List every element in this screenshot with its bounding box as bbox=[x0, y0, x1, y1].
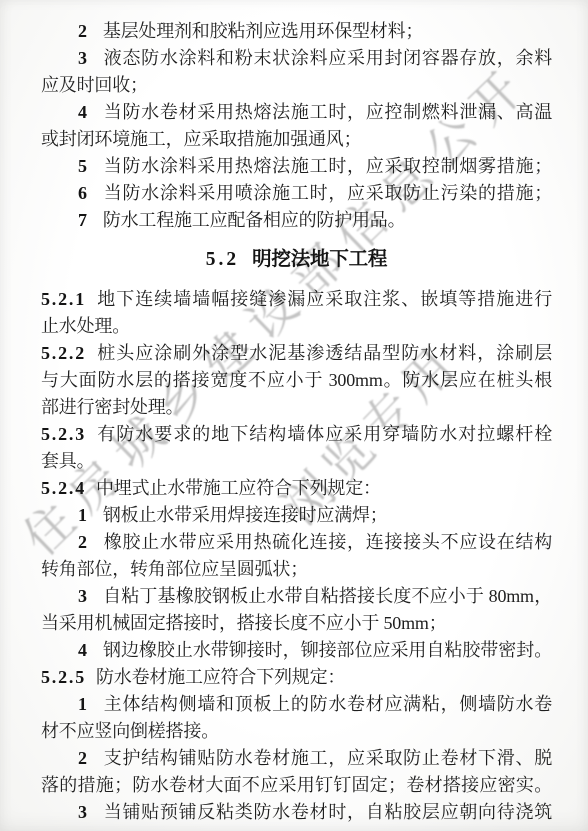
text-line: 与大面防水层的搭接宽度不应小于 300mm。防水层应在桩头根 bbox=[41, 367, 552, 394]
item-number: 3 bbox=[78, 586, 87, 606]
item-number: 1 bbox=[78, 505, 87, 525]
item-number: 6 bbox=[78, 183, 87, 203]
line-text: 基层处理剂和胶粘剂应选用环保型材料； bbox=[103, 21, 423, 41]
text-line: 1钢板止水带采用焊接连接时应满焊； bbox=[41, 502, 552, 529]
text-line: 2橡胶止水带应采用热硫化连接，连接接头不应设在结构 bbox=[41, 529, 552, 556]
section-heading: 5.2明挖法地下工程 bbox=[41, 246, 552, 273]
item-number: 2 bbox=[78, 748, 87, 768]
line-text: 桩头应涂刷外涂型水泥基渗透结晶型防水材料，涂刷层 bbox=[96, 343, 552, 363]
scanned-document-page: 住房城乡建设部信息公开 浏览专用 2基层处理剂和胶粘剂应选用环保型材料；3液态防… bbox=[0, 0, 588, 831]
line-text: 支护结构铺贴防水卷材施工，应采取防止卷材下滑、脱 bbox=[103, 748, 552, 768]
text-line: 止水处理。 bbox=[41, 313, 552, 340]
line-text: 自粘丁基橡胶钢板止水带自粘搭接长度不应小于 80mm， bbox=[103, 586, 552, 606]
section-heading-title: 明挖法地下工程 bbox=[252, 249, 387, 270]
line-text: 防水工程施工应配备相应的防护用品。 bbox=[103, 210, 406, 230]
line-text: 中埋式止水带施工应符合下列规定： bbox=[96, 478, 381, 498]
line-text: 与大面防水层的搭接宽度不应小于 300mm。防水层应在桩头根 bbox=[41, 370, 552, 390]
line-text: 当防水涂料采用喷涂施工时，应采取防止污染的措施； bbox=[103, 183, 552, 203]
clause-number: 5.2.5 bbox=[41, 667, 86, 687]
line-text: 部进行密封处理。 bbox=[41, 397, 183, 417]
text-line: 部进行密封处理。 bbox=[41, 394, 552, 421]
line-text: 转角部位，转角部位应呈圆弧状； bbox=[41, 559, 308, 579]
line-text: 主体结构侧墙和顶板上的防水卷材应满粘，侧墙防水卷 bbox=[103, 694, 552, 714]
line-text: 当采用机械固定搭接时，搭接长度不应小于 50mm； bbox=[41, 613, 447, 633]
text-line: 3自粘丁基橡胶钢板止水带自粘搭接长度不应小于 80mm， bbox=[41, 583, 552, 610]
text-line: 5.2.2桩头应涂刷外涂型水泥基渗透结晶型防水材料，涂刷层 bbox=[41, 340, 552, 367]
line-text: 当防水涂料采用热熔法施工时，应采取控制烟雾措施； bbox=[103, 156, 552, 176]
item-number: 4 bbox=[78, 102, 87, 122]
text-line: 落的措施；防水卷材大面不应采用钉钉固定；卷材搭接应密实。 bbox=[41, 772, 552, 799]
item-number: 4 bbox=[78, 640, 87, 660]
text-line: 4当防水卷材采用热熔法施工时，应控制燃料泄漏、高温 bbox=[41, 99, 552, 126]
document-body: 2基层处理剂和胶粘剂应选用环保型材料；3液态防水涂料和粉末状涂料应采用封闭容器存… bbox=[41, 18, 552, 826]
text-line: 5.2.3有防水要求的地下结构墙体应采用穿墙防水对拉螺杆栓 bbox=[41, 421, 552, 448]
item-number: 2 bbox=[78, 532, 87, 552]
text-line: 2基层处理剂和胶粘剂应选用环保型材料； bbox=[41, 18, 552, 45]
clause-number: 5.2.1 bbox=[41, 289, 86, 309]
text-line: 应及时回收； bbox=[41, 72, 552, 99]
line-text: 当铺贴预铺反粘类防水卷材时，自粘胶层应朝向待浇筑 bbox=[103, 802, 552, 822]
text-line: 6当防水涂料采用喷涂施工时，应采取防止污染的措施； bbox=[41, 180, 552, 207]
text-line: 或封闭环境施工，应采取措施加强通风； bbox=[41, 126, 552, 153]
line-text: 材不应竖向倒槎搭接。 bbox=[41, 721, 219, 741]
line-text: 落的措施；防水卷材大面不应采用钉钉固定；卷材搭接应密实。 bbox=[41, 775, 552, 795]
line-text: 有防水要求的地下结构墙体应采用穿墙防水对拉螺杆栓 bbox=[96, 424, 552, 444]
line-text: 套具。 bbox=[41, 451, 94, 471]
item-number: 3 bbox=[78, 48, 87, 68]
text-line: 4钢边橡胶止水带铆接时，铆接部位应采用自粘胶带密封。 bbox=[41, 637, 552, 664]
text-line: 当采用机械固定搭接时，搭接长度不应小于 50mm； bbox=[41, 610, 552, 637]
line-text: 钢板止水带采用焊接连接时应满焊； bbox=[103, 505, 388, 525]
line-text: 橡胶止水带应采用热硫化连接，连接接头不应设在结构 bbox=[103, 532, 552, 552]
item-number: 7 bbox=[78, 210, 87, 230]
text-line: 3当铺贴预铺反粘类防水卷材时，自粘胶层应朝向待浇筑 bbox=[41, 799, 552, 826]
item-number: 2 bbox=[78, 21, 87, 41]
item-number: 5 bbox=[78, 156, 87, 176]
text-line: 5当防水涂料采用热熔法施工时，应采取控制烟雾措施； bbox=[41, 153, 552, 180]
line-text: 钢边橡胶止水带铆接时，铆接部位应采用自粘胶带密封。 bbox=[103, 640, 552, 660]
item-number: 3 bbox=[78, 802, 87, 822]
clause-number: 5.2.2 bbox=[41, 343, 86, 363]
text-line: 5.2.1地下连续墙墙幅接缝渗漏应采取注浆、嵌填等措施进行 bbox=[41, 286, 552, 313]
item-number: 1 bbox=[78, 694, 87, 714]
text-line: 套具。 bbox=[41, 448, 552, 475]
text-line: 转角部位，转角部位应呈圆弧状； bbox=[41, 556, 552, 583]
text-line: 1主体结构侧墙和顶板上的防水卷材应满粘，侧墙防水卷 bbox=[41, 691, 552, 718]
text-line: 5.2.5防水卷材施工应符合下列规定： bbox=[41, 664, 552, 691]
line-text: 地下连续墙墙幅接缝渗漏应采取注浆、嵌填等措施进行 bbox=[96, 289, 552, 309]
text-line: 材不应竖向倒槎搭接。 bbox=[41, 718, 552, 745]
line-text: 止水处理。 bbox=[41, 316, 130, 336]
line-text: 液态防水涂料和粉末状涂料应采用封闭容器存放，余料 bbox=[103, 48, 552, 68]
line-text: 或封闭环境施工，应采取措施加强通风； bbox=[41, 129, 361, 149]
line-text: 防水卷材施工应符合下列规定： bbox=[96, 667, 345, 687]
clause-number: 5.2.4 bbox=[41, 478, 86, 498]
clause-number: 5.2.3 bbox=[41, 424, 86, 444]
text-line: 7防水工程施工应配备相应的防护用品。 bbox=[41, 207, 552, 234]
section-heading-number: 5.2 bbox=[206, 249, 239, 270]
text-line: 2支护结构铺贴防水卷材施工，应采取防止卷材下滑、脱 bbox=[41, 745, 552, 772]
line-text: 当防水卷材采用热熔法施工时，应控制燃料泄漏、高温 bbox=[103, 102, 552, 122]
line-text: 应及时回收； bbox=[41, 75, 148, 95]
text-line: 5.2.4中埋式止水带施工应符合下列规定： bbox=[41, 475, 552, 502]
text-line: 3液态防水涂料和粉末状涂料应采用封闭容器存放，余料 bbox=[41, 45, 552, 72]
